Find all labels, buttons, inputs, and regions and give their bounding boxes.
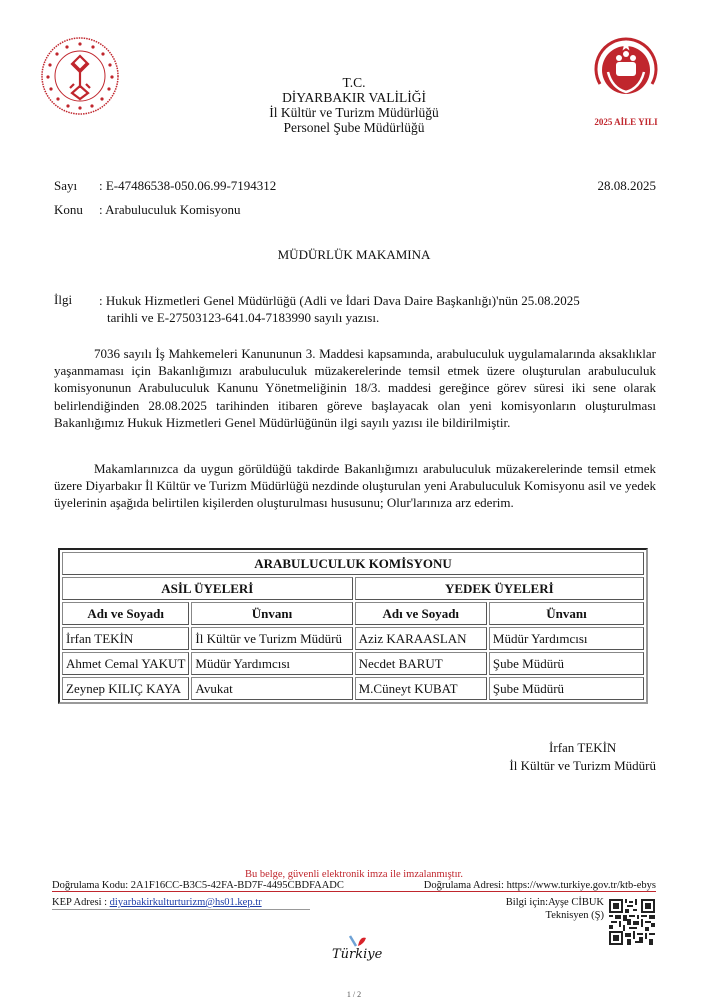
body-paragraph-2: Makamlarınızca da uygun görüldüğü takdir… xyxy=(54,460,656,512)
kep-label: KEP Adresi : xyxy=(52,897,110,908)
letterhead: T.C. DİYARBAKIR VALİLİĞİ İl Kültür ve Tu… xyxy=(0,75,708,135)
letterhead-line-governorship: DİYARBAKIR VALİLİĞİ xyxy=(0,90,708,105)
body-paragraph-1-text: 7036 sayılı İş Mahkemeleri Kanununun 3. … xyxy=(54,345,656,431)
sayi-value: : E-47486538-050.06.99-7194312 xyxy=(99,178,276,194)
asil-title-cell: Avukat xyxy=(191,677,352,700)
group-header-yedek: YEDEK ÜYELERİ xyxy=(355,577,644,600)
column-header-yedek-title: Ünvanı xyxy=(489,602,644,625)
asil-name-cell: Ahmet Cemal YAKUT xyxy=(62,652,189,675)
column-header-asil-name: Adı ve Soyadı xyxy=(62,602,189,625)
kep-address-link[interactable]: diyarbakirkulturturizm@hs01.kep.tr xyxy=(110,897,262,908)
asil-name-cell: İrfan TEKİN xyxy=(62,627,189,650)
ilgi-line-1: : Hukuk Hizmetleri Genel Müdürlüğü (Adli… xyxy=(99,292,659,309)
body-paragraph-2-text: Makamlarınızca da uygun görüldüğü takdir… xyxy=(54,460,656,512)
letterhead-line-directorate: İl Kültür ve Turizm Müdürlüğü xyxy=(0,105,708,120)
addressee: MÜDÜRLÜK MAKAMINA xyxy=(0,247,708,263)
ilgi-label: İlgi xyxy=(54,292,72,308)
konu-label: Konu xyxy=(54,202,83,218)
svg-text:Türkiye: Türkiye xyxy=(332,947,383,962)
konu-value: : Arabuluculuk Komisyonu xyxy=(99,202,241,218)
signatory-title: İl Kültür ve Turizm Müdürü xyxy=(509,757,656,775)
table-title: ARABULUCULUK KOMİSYONU xyxy=(62,552,644,575)
table-row: Zeynep KILIÇ KAYA Avukat M.Cüneyt KUBAT … xyxy=(62,677,644,700)
yedek-name-cell: Aziz KARAASLAN xyxy=(355,627,487,650)
yedek-name-cell: M.Cüneyt KUBAT xyxy=(355,677,487,700)
column-header-asil-title: Ünvanı xyxy=(191,602,352,625)
yedek-title-cell: Şube Müdürü xyxy=(489,652,644,675)
signatory-name: İrfan TEKİN xyxy=(509,739,656,757)
kep-address-row: KEP Adresi : diyarbakirkulturturizm@hs01… xyxy=(52,896,262,909)
footer-divider xyxy=(52,891,656,892)
contact-info-title: Teknisyen (Ş) xyxy=(506,909,604,922)
sayi-label: Sayı xyxy=(54,178,77,194)
contact-info-name: Bilgi için:Ayşe CİBUK xyxy=(506,896,604,909)
letterhead-line-branch: Personel Şube Müdürlüğü xyxy=(0,120,708,135)
table-row: Ahmet Cemal YAKUT Müdür Yardımcısı Necde… xyxy=(62,652,644,675)
asil-name-cell: Zeynep KILIÇ KAYA xyxy=(62,677,189,700)
document-date: 28.08.2025 xyxy=(598,178,657,194)
yedek-title-cell: Müdür Yardımcısı xyxy=(489,627,644,650)
group-header-asil: ASİL ÜYELERİ xyxy=(62,577,353,600)
yedek-title-cell: Şube Müdürü xyxy=(489,677,644,700)
column-header-row: Adı ve Soyadı Ünvanı Adı ve Soyadı Ünvan… xyxy=(62,602,644,625)
ilgi-line-2: tarihli ve E-27503123-641.04-7183990 say… xyxy=(99,309,659,326)
asil-title-cell: İl Kültür ve Turizm Müdürü xyxy=(191,627,352,650)
yedek-name-cell: Necdet BARUT xyxy=(355,652,487,675)
ilgi-text: : Hukuk Hizmetleri Genel Müdürlüğü (Adli… xyxy=(99,292,659,326)
contact-info: Bilgi için:Ayşe CİBUK Teknisyen (Ş) xyxy=(506,896,604,922)
qr-code-icon xyxy=(609,899,655,945)
letterhead-line-tc: T.C. xyxy=(0,75,708,90)
body-paragraph-1: 7036 sayılı İş Mahkemeleri Kanununun 3. … xyxy=(54,345,656,431)
turkiye-logo: Türkiye xyxy=(328,932,384,964)
committee-table: ARABULUCULUK KOMİSYONU ASİL ÜYELERİ YEDE… xyxy=(58,548,648,704)
footer-divider-secondary xyxy=(52,909,310,910)
table-row: İrfan TEKİN İl Kültür ve Turizm Müdürü A… xyxy=(62,627,644,650)
signature-block: İrfan TEKİN İl Kültür ve Turizm Müdürü xyxy=(509,739,656,775)
asil-title-cell: Müdür Yardımcısı xyxy=(191,652,352,675)
page-number: 1 / 2 xyxy=(0,990,708,999)
column-header-yedek-name: Adı ve Soyadı xyxy=(355,602,487,625)
